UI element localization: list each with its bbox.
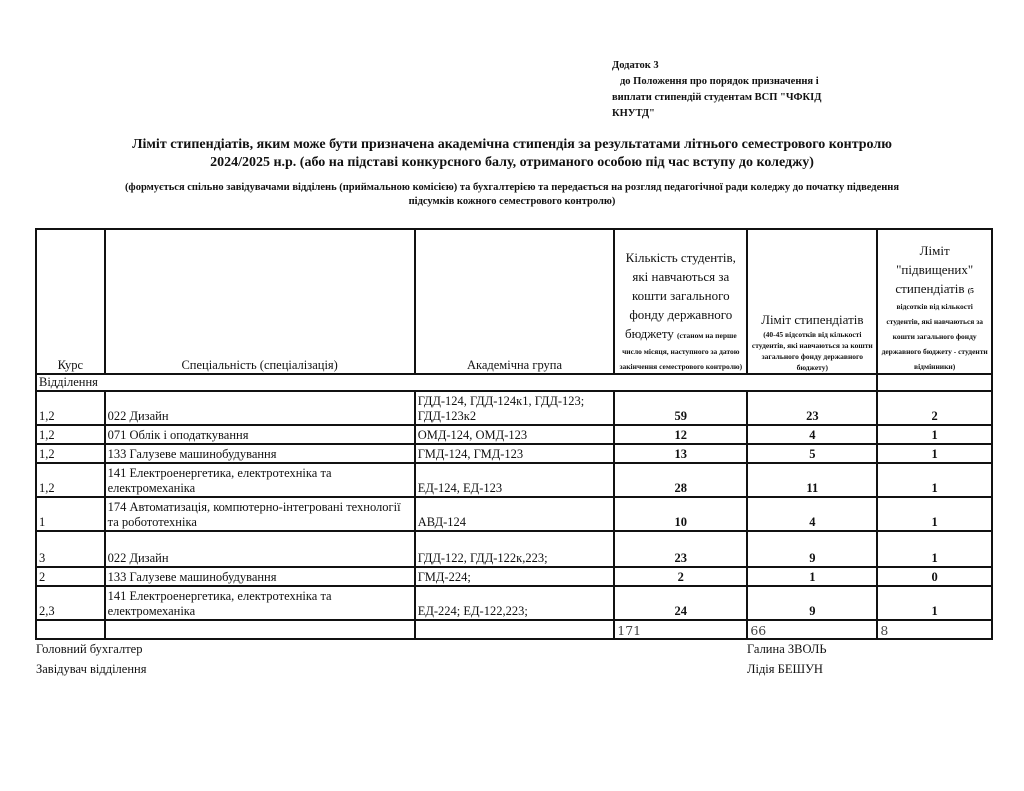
- cell-increased: 1: [877, 463, 992, 497]
- cell-group: АВД-124: [415, 497, 615, 531]
- header-increased-note: (5 відсотків від кількості студентів, як…: [882, 286, 988, 371]
- cell-students: 28: [614, 463, 747, 497]
- cell-specialty: 133 Галузеве машинобудування: [105, 444, 415, 463]
- header-group: Академічна група: [415, 229, 615, 374]
- document-title: Ліміт стипендіатів, яким може бути призн…: [20, 136, 1004, 172]
- table-row: 1,2071 Облік і оподаткуванняОМД-124, ОМД…: [36, 425, 992, 444]
- signature-titles: Головний бухгалтер Завідувач відділення: [36, 639, 146, 679]
- table-row: 1,2133 Галузеве машинобудуванняГМД-124, …: [36, 444, 992, 463]
- title-line: 2024/2025 н.р. (або на підставі конкурсн…: [20, 154, 1004, 172]
- cell-course: 1,2: [36, 444, 105, 463]
- cell-specialty: 174 Автоматизація, компютерно-інтегрован…: [105, 497, 415, 531]
- cell-limit: 23: [747, 391, 877, 425]
- document-subtitle: (формується спільно завідувачами відділе…: [30, 181, 994, 209]
- cell-group: ГМД-124, ГМД-123: [415, 444, 615, 463]
- department-empty-cell: [877, 374, 992, 391]
- table-row: 1,2141 Електроенергетика, електротехніка…: [36, 463, 992, 497]
- header-limit: Ліміт стипендіатів (40-45 відсотків від …: [747, 229, 877, 374]
- cell-course: 1: [36, 497, 105, 531]
- cell-limit: 4: [747, 497, 877, 531]
- annex-line: Додаток 3: [612, 58, 862, 74]
- total-students: 171: [614, 620, 747, 639]
- cell-students: 10: [614, 497, 747, 531]
- cell-specialty: 141 Електроенергетика, електротехніка та…: [105, 463, 415, 497]
- cell-increased: 1: [877, 531, 992, 567]
- cell-group: ГДД-124, ГДД-124к1, ГДД-123; ГДД-123к2: [415, 391, 615, 425]
- chief-accountant-name: Галина ЗВОЛЬ: [747, 639, 827, 659]
- cell-specialty: 133 Галузеве машинобудування: [105, 567, 415, 586]
- table-row: 2,3141 Електроенергетика, електротехніка…: [36, 586, 992, 620]
- table-row: 1,2022 ДизайнГДД-124, ГДД-124к1, ГДД-123…: [36, 391, 992, 425]
- cell-course: 1,2: [36, 391, 105, 425]
- cell-group: ГДД-122, ГДД-122к,223;: [415, 531, 615, 567]
- subtitle-line: (формується спільно завідувачами відділе…: [30, 181, 994, 195]
- total-increased: 8: [877, 620, 992, 639]
- cell-students: 23: [614, 531, 747, 567]
- scholarship-limit-table: Курс Спеціальність (спеціалізація) Акаде…: [35, 228, 993, 640]
- header-increased-main: Ліміт "підвищених" стипендіатів: [895, 243, 973, 296]
- table-row: 1174 Автоматизація, компютерно-інтегрова…: [36, 497, 992, 531]
- cell-specialty: 071 Облік і оподаткування: [105, 425, 415, 444]
- subtitle-line: підсумків кожного семестрового контролю): [30, 195, 994, 209]
- header-specialty: Спеціальність (спеціалізація): [105, 229, 415, 374]
- cell-limit: 9: [747, 586, 877, 620]
- cell-increased: 1: [877, 425, 992, 444]
- cell-increased: 1: [877, 444, 992, 463]
- table-row: 2133 Галузеве машинобудуванняГМД-224;210: [36, 567, 992, 586]
- cell-specialty: 022 Дизайн: [105, 531, 415, 567]
- cell-students: 24: [614, 586, 747, 620]
- totals-empty-cell: [105, 620, 415, 639]
- header-limit-main: Ліміт стипендіатів: [750, 310, 874, 329]
- cell-increased: 0: [877, 567, 992, 586]
- cell-group: ЕД-224; ЕД-122,223;: [415, 586, 615, 620]
- signature-names: Галина ЗВОЛЬ Лідія БЕШУН: [747, 639, 827, 679]
- chief-accountant-title: Головний бухгалтер: [36, 639, 146, 659]
- cell-students: 2: [614, 567, 747, 586]
- annex-note: Додаток 3 до Положення про порядок призн…: [612, 58, 862, 122]
- cell-specialty: 141 Електроенергетика, електротехніка та…: [105, 586, 415, 620]
- cell-limit: 1: [747, 567, 877, 586]
- head-title: Завідувач відділення: [36, 659, 146, 679]
- cell-specialty: 022 Дизайн: [105, 391, 415, 425]
- cell-students: 13: [614, 444, 747, 463]
- head-name: Лідія БЕШУН: [747, 659, 827, 679]
- cell-group: ЕД-124, ЕД-123: [415, 463, 615, 497]
- cell-limit: 4: [747, 425, 877, 444]
- cell-limit: 9: [747, 531, 877, 567]
- total-limit: 66: [747, 620, 877, 639]
- cell-students: 59: [614, 391, 747, 425]
- totals-empty-cell: [36, 620, 105, 639]
- cell-students: 12: [614, 425, 747, 444]
- cell-course: 2: [36, 567, 105, 586]
- table-row: 3022 ДизайнГДД-122, ГДД-122к,223;2391: [36, 531, 992, 567]
- cell-increased: 1: [877, 497, 992, 531]
- header-increased: Ліміт "підвищених" стипендіатів (5 відсо…: [877, 229, 992, 374]
- cell-limit: 11: [747, 463, 877, 497]
- cell-course: 2,3: [36, 586, 105, 620]
- header-course: Курс: [36, 229, 105, 374]
- annex-line: КНУТД": [612, 106, 862, 122]
- header-students-main: Кількість студентів, які навчаються за к…: [625, 250, 736, 341]
- cell-limit: 5: [747, 444, 877, 463]
- cell-course: 3: [36, 531, 105, 567]
- annex-line: до Положення про порядок призначення і: [612, 74, 862, 90]
- totals-empty-cell: [415, 620, 615, 639]
- cell-increased: 2: [877, 391, 992, 425]
- header-limit-note: (40-45 відсотків від кількості студентів…: [750, 329, 874, 373]
- cell-group: ГМД-224;: [415, 567, 615, 586]
- cell-course: 1,2: [36, 463, 105, 497]
- cell-increased: 1: [877, 586, 992, 620]
- cell-course: 1,2: [36, 425, 105, 444]
- totals-row: 171668: [36, 620, 992, 639]
- title-line: Ліміт стипендіатів, яким може бути призн…: [20, 136, 1004, 154]
- annex-line: виплати стипендій студентам ВСП "ЧФКІД: [612, 90, 862, 106]
- header-students: Кількість студентів, які навчаються за к…: [614, 229, 747, 374]
- department-row: Відділення: [36, 374, 992, 391]
- cell-group: ОМД-124, ОМД-123: [415, 425, 615, 444]
- header-row: Курс Спеціальність (спеціалізація) Акаде…: [36, 229, 992, 374]
- department-label: Відділення: [36, 374, 877, 391]
